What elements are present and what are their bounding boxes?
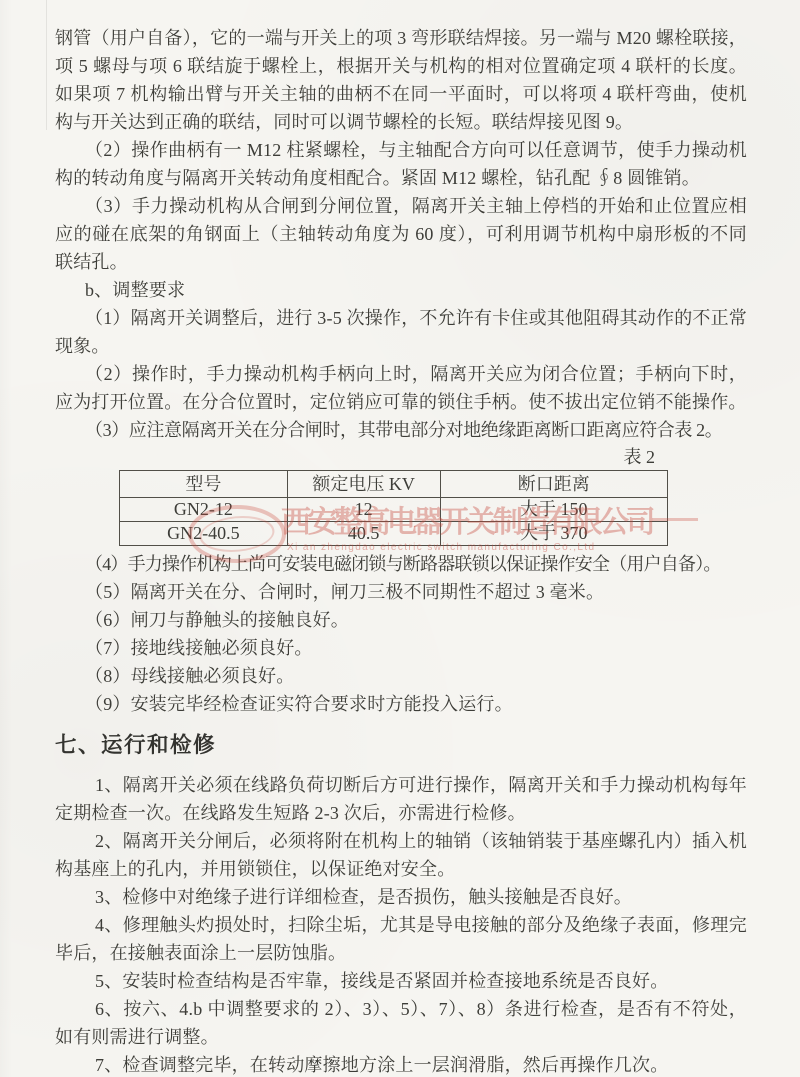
col-header-break-distance: 断口距离 [440, 471, 667, 498]
adjust-item-6: （6）闸刀与静触头的接触良好。 [55, 606, 747, 634]
cell-model: GN2-12 [120, 498, 288, 522]
table-caption: 表 2 [55, 446, 747, 468]
adjust-item-8: （8）母线接触必须良好。 [55, 662, 747, 690]
cell-voltage: 40.5 [287, 522, 440, 546]
table-row: GN2-12 12 大于 150 [120, 498, 668, 522]
maintenance-item-3: 3、检修中对绝缘子进行详细检查，是否损伤，触头接触是否良好。 [55, 883, 747, 911]
intro-paragraph: 钢管（用户自备），它的一端与开关上的项 3 弯形联结焊接。另一端与 M20 螺栓… [55, 24, 747, 136]
maintenance-item-1: 1、隔离开关必须在线路负荷切断后方可进行操作，隔离开关和手力操动机构每年定期检查… [55, 771, 747, 827]
cell-distance: 大于 150 [440, 498, 667, 522]
install-item-2: （2）操作曲柄有一 M12 柱紧螺栓，与主轴配合方向可以任意调节，使手力操动机构… [55, 136, 747, 192]
adjust-item-2: （2）操作时，手力操动机构手柄向上时，隔离开关应为闭合位置；手柄向下时，应为打开… [55, 360, 747, 416]
maintenance-item-2: 2、隔离开关分闸后，必须将附在机构上的轴销（该轴销装于基座螺孔内）插入机构基座上… [55, 827, 747, 883]
cell-model: GN2-40.5 [120, 522, 288, 546]
scan-artifact-line [46, 0, 47, 130]
adjust-item-3: （3）应注意隔离开关在分合闸时，其带电部分对地绝缘距离断口距离应符合表 2。 [55, 416, 747, 444]
scanned-manual-page: 钢管（用户自备），它的一端与开关上的项 3 弯形联结焊接。另一端与 M20 螺栓… [0, 0, 800, 1077]
adjust-item-1: （1）隔离开关调整后，进行 3-5 次操作，不允许有卡住或其他阻碍其动作的不正常… [55, 304, 747, 360]
adjust-item-7: （7）接地线接触必须良好。 [55, 634, 747, 662]
maintenance-item-7: 7、检查调整完毕，在转动摩擦地方涂上一层润滑脂，然后再操作几次。 [55, 1051, 747, 1077]
adjust-item-9: （9）安装完毕经检查证实符合要求时方能投入运行。 [55, 690, 747, 718]
cell-voltage: 12 [287, 498, 440, 522]
maintenance-item-5: 5、安装时检查结构是否牢靠，接线是否紧固并检查接地系统是否良好。 [55, 967, 747, 995]
section-7-heading: 七、运行和检修 [55, 728, 747, 759]
table-row: GN2-40.5 40.5 大于 370 [120, 522, 668, 546]
install-item-3: （3）手力操动机构从合闸到分闸位置，隔离开关主轴上停档的开始和止位置应相应的碰在… [55, 192, 747, 276]
adjust-item-5: （5）隔离开关在分、合闸时，闸刀三极不同期性不超过 3 毫米。 [55, 578, 747, 606]
col-header-rated-voltage: 额定电压 KV [287, 471, 440, 498]
maintenance-item-4: 4、修理触头灼损处时，扫除尘垢，尤其是导电接触的部分及绝缘子表面，修理完毕后，在… [55, 911, 747, 967]
table-header-row: 型号 额定电压 KV 断口距离 [120, 471, 668, 498]
cell-distance: 大于 370 [440, 522, 667, 546]
page-content: 钢管（用户自备），它的一端与开关上的项 3 弯形联结焊接。另一端与 M20 螺栓… [55, 24, 747, 1077]
adjust-heading: b、调整要求 [55, 276, 747, 304]
maintenance-item-6: 6、按六、4.b 中调整要求的 2）、3）、5）、7）、8）条进行检查，是否有不… [55, 995, 747, 1051]
col-header-model: 型号 [120, 471, 288, 498]
spec-table: 型号 额定电压 KV 断口距离 GN2-12 12 大于 150 GN2-40.… [119, 470, 668, 546]
adjust-item-4: （4）手力操作机构上尚可安装电磁闭锁与断路器联锁以保证操作安全（用户自备）。 [55, 550, 747, 578]
